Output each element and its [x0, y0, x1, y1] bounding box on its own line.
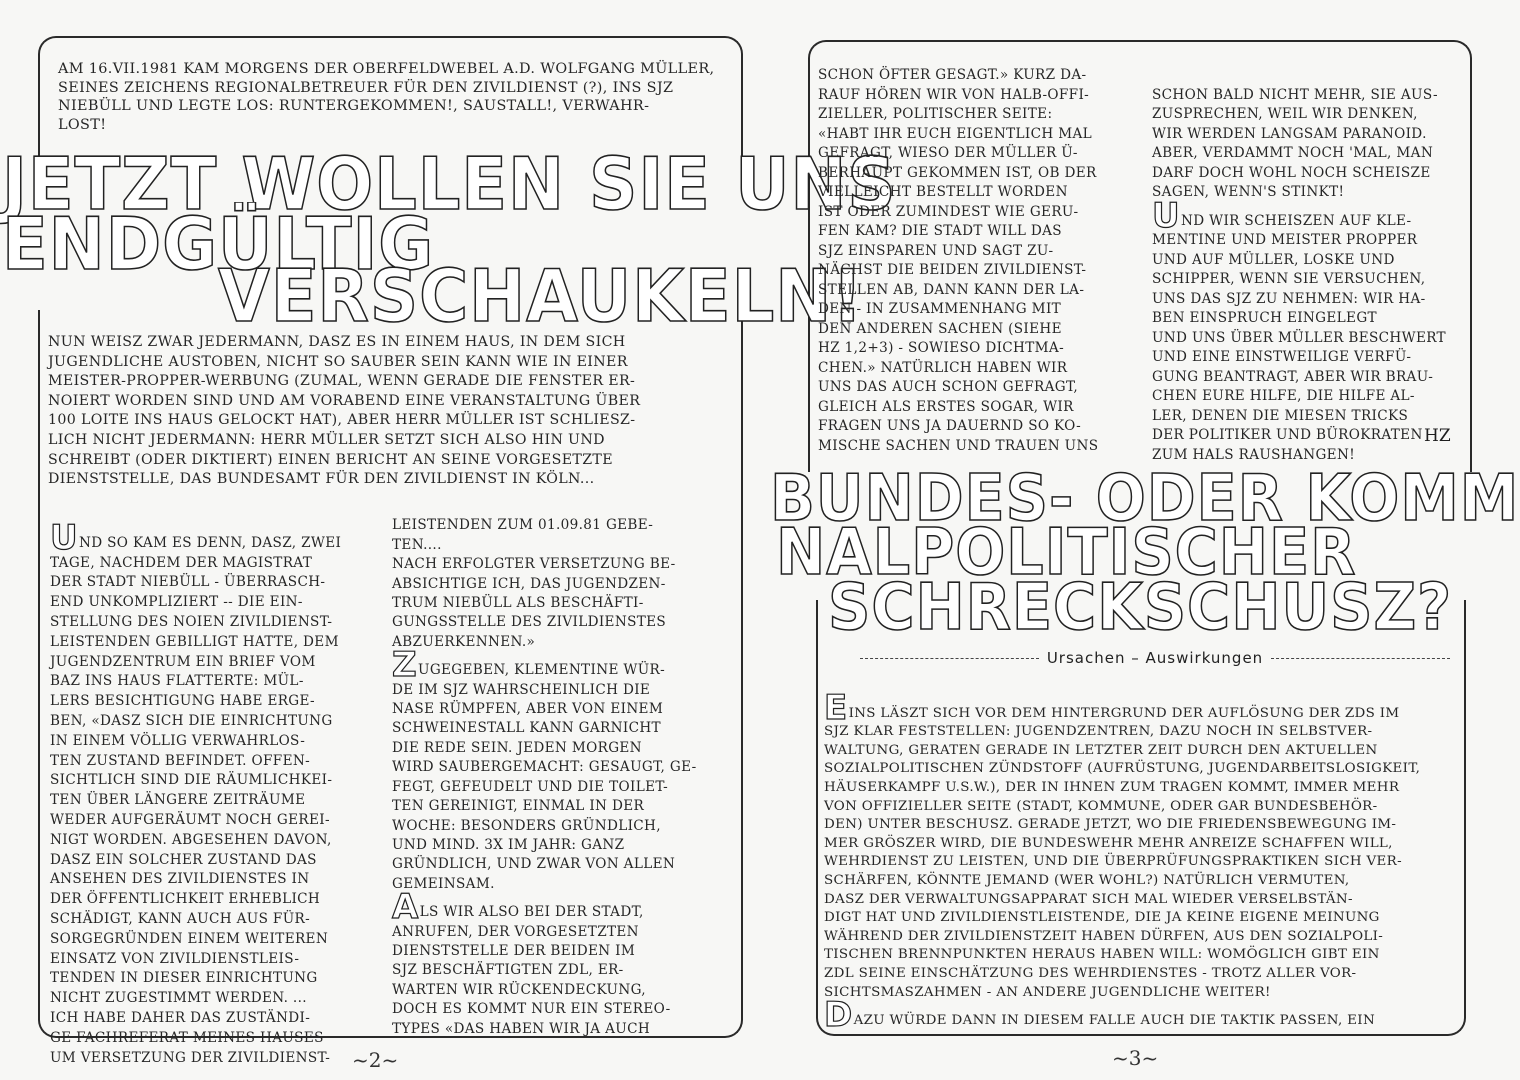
dash-rule-right: [1271, 658, 1450, 659]
dropcap-d: D: [824, 1002, 853, 1028]
intro-paragraph: Am 16.VII.1981 kam morgens der Oberfeldw…: [58, 60, 738, 134]
dropcap-u: U: [50, 525, 78, 551]
dropcap-z: Z: [392, 652, 417, 678]
column-text-bottom: ls wir also bei der Stadt, anrufen, der …: [392, 904, 671, 1036]
dropcap-a: A: [392, 894, 419, 920]
page-number-right: ~3~: [1112, 1046, 1158, 1070]
column-text: nd so kam es denn, dasz, zwei Tage, nach…: [50, 535, 341, 1066]
headline-line-3: verschaukeln!: [218, 258, 864, 334]
column-text-top: schon bald nicht mehr, sie aus- zusprech…: [1152, 87, 1438, 201]
column-text-bottom: nd wir scheiszen auf Kle- mentine und Me…: [1152, 213, 1446, 463]
body-text: ins läszt sich vor dem Hintergrund der A…: [824, 706, 1420, 1000]
subheading-text: Ursachen – Auswirkungen: [1047, 649, 1263, 667]
body-text-2: azu würde dann in diesem Falle auch die …: [854, 1013, 1375, 1028]
left-column-2: leistenden zum 01.09.81 gebe- ten.... Na…: [392, 497, 732, 1039]
column-text-top: leistenden zum 01.09.81 gebe- ten.... Na…: [392, 517, 676, 649]
left-column-1: Und so kam es denn, dasz, zwei Tage, nac…: [50, 505, 385, 1068]
right-column-2: schon bald nicht mehr, sie aus- zusprech…: [1152, 66, 1467, 465]
dropcap-e: E: [824, 695, 848, 721]
signature: HZ: [1424, 426, 1451, 446]
dropcap-u: U: [1152, 203, 1180, 229]
lead-paragraph: Nun weisz zwar jedermann, dasz es in ein…: [48, 333, 738, 490]
subheading: Ursachen – Auswirkungen: [860, 648, 1450, 668]
column-text-mid: ugegeben, Klementine wür- de im SJZ wahr…: [392, 662, 697, 891]
right-column-1: schon öfter gesagt.» Kurz da- rauf hören…: [818, 66, 1138, 456]
dash-rule-left: [860, 658, 1039, 659]
page-number-left: ~2~: [352, 1048, 398, 1072]
right-body: Eins läszt sich vor dem Hintergrund der …: [824, 676, 1464, 1031]
headline-line-3: Schreckschusz?: [828, 575, 1452, 641]
